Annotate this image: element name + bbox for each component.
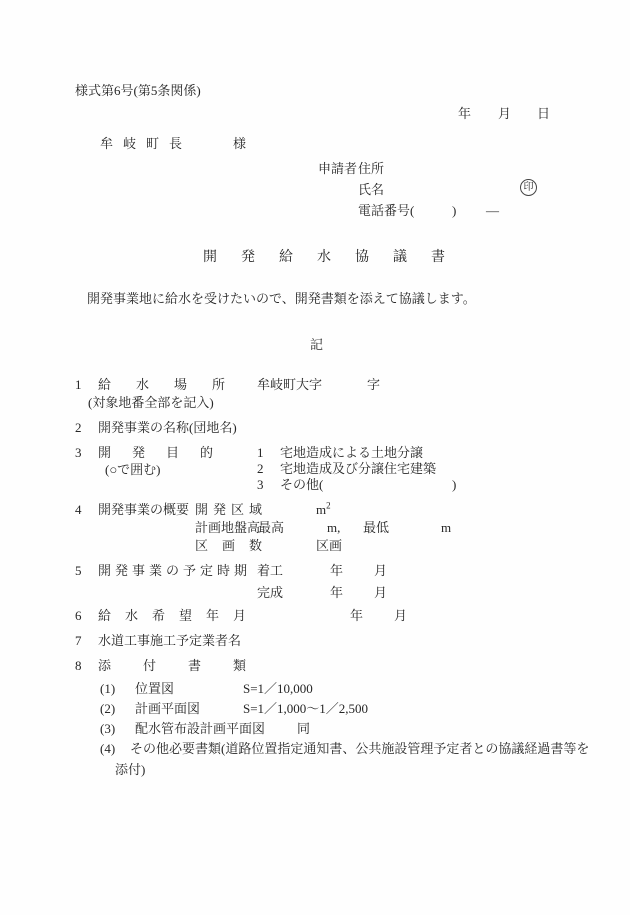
- item-5-start-month-label: 月: [374, 563, 387, 579]
- attachment-3-number: (3): [100, 721, 115, 737]
- applicant-label: 申請者: [318, 161, 357, 177]
- item-3-label: 開発目的: [98, 445, 234, 461]
- item-3-option-3-number: 3: [257, 477, 264, 493]
- item-4-lots-unit: 区画: [316, 538, 342, 554]
- item-2-number: 2: [75, 420, 82, 436]
- item-4-area-label: 開発区域: [195, 502, 267, 518]
- item-4-area-unit: m2: [316, 502, 331, 518]
- attachment-2-scale: S=1／1,000〜1／2,500: [243, 701, 368, 717]
- item-4-min-label: 最低: [363, 520, 389, 536]
- applicant-address-label: 住所: [358, 161, 384, 177]
- item-6-year-label: 年: [350, 608, 363, 624]
- item-2-label: 開発事業の名称(団地名): [98, 420, 237, 436]
- addressee-name: 牟岐町長: [100, 136, 192, 152]
- document-title: 開発給水協議書: [203, 250, 469, 266]
- item-6-month-label: 月: [394, 608, 407, 624]
- item-3-option-3-label: その他(: [280, 477, 323, 493]
- date-month-label: 月: [498, 106, 511, 122]
- item-4-ground-level-label: 計画地盤高: [195, 520, 260, 536]
- item-3-option-2-label: 宅地造成及び分譲住宅建築: [280, 461, 436, 477]
- attachment-4-name-line2: 添付): [115, 762, 145, 778]
- item-1-value-suffix: 字: [367, 377, 380, 393]
- attachment-2-name: 計画平面図: [135, 701, 200, 717]
- attachment-2-number: (2): [100, 701, 115, 717]
- item-3-option-1-label: 宅地造成による土地分譲: [280, 445, 423, 461]
- item-3-option-3-paren-close: ): [452, 477, 456, 493]
- applicant-name-label: 氏名: [358, 182, 384, 198]
- item-1-label: 給水場所: [98, 377, 250, 393]
- attachment-3-scale: 同: [297, 721, 310, 737]
- item-8-label: 添付書類: [98, 658, 278, 674]
- item-5-complete-month-label: 月: [374, 585, 387, 601]
- applicant-phone-dash: —: [486, 203, 499, 219]
- attachment-4-number: (4): [100, 741, 115, 757]
- item-5-start-label: 着工: [257, 563, 283, 579]
- item-4-max-unit: m,: [327, 520, 340, 536]
- item-7-number: 7: [75, 633, 82, 649]
- item-1-number: 1: [75, 377, 82, 393]
- date-year-label: 年: [458, 106, 471, 122]
- item-6-number: 6: [75, 608, 82, 624]
- item-1-value-prefix: 牟岐町大字: [257, 377, 322, 393]
- attachment-1-number: (1): [100, 681, 115, 697]
- attachment-1-scale: S=1／10,000: [243, 681, 313, 697]
- item-1-note: (対象地番全部を記入): [88, 395, 214, 411]
- applicant-phone-paren-close: ): [452, 203, 456, 219]
- item-3-option-2-number: 2: [257, 461, 264, 477]
- area-unit-superscript: 2: [326, 501, 331, 511]
- attachment-4-name: その他必要書類(道路位置指定通知書、公共施設管理予定者との協議経過書等を: [130, 741, 589, 757]
- item-7-label: 水道工事施工予定業者名: [98, 633, 241, 649]
- item-5-number: 5: [75, 563, 82, 579]
- addressee-honorific: 様: [233, 136, 246, 152]
- item-3-note: (○で囲む): [105, 462, 161, 478]
- seal-mark-icon: 印: [520, 179, 537, 196]
- intro-text: 開発事業地に給水を受けたいので、開発書類を添えて協議します。: [87, 291, 476, 307]
- item-3-option-1-number: 1: [257, 445, 264, 461]
- item-6-label: 給水希望年月: [98, 608, 260, 624]
- item-4-label: 開発事業の概要: [98, 502, 189, 518]
- item-4-number: 4: [75, 502, 82, 518]
- item-8-number: 8: [75, 658, 82, 674]
- attachment-3-name: 配水管布設計画平面図: [135, 721, 265, 737]
- item-4-min-unit: m: [441, 520, 451, 536]
- date-day-label: 日: [537, 106, 550, 122]
- record-heading: 記: [310, 337, 323, 353]
- item-5-complete-label: 完成: [257, 585, 283, 601]
- applicant-phone-label: 電話番号(: [358, 203, 414, 219]
- attachment-1-name: 位置図: [135, 681, 174, 697]
- form-page: 様式第6号(第5条関係) 年 月 日 牟岐町長 様 申請者 住所 氏名 印 電話…: [0, 0, 630, 915]
- form-number: 様式第6号(第5条関係): [75, 83, 201, 99]
- item-5-label: 開発事業の予定時期: [98, 563, 251, 579]
- item-4-max-label: 最高: [258, 520, 284, 536]
- item-3-number: 3: [75, 445, 82, 461]
- item-4-lots-label: 区画数: [195, 538, 276, 554]
- item-5-complete-year-label: 年: [330, 585, 343, 601]
- item-5-start-year-label: 年: [330, 563, 343, 579]
